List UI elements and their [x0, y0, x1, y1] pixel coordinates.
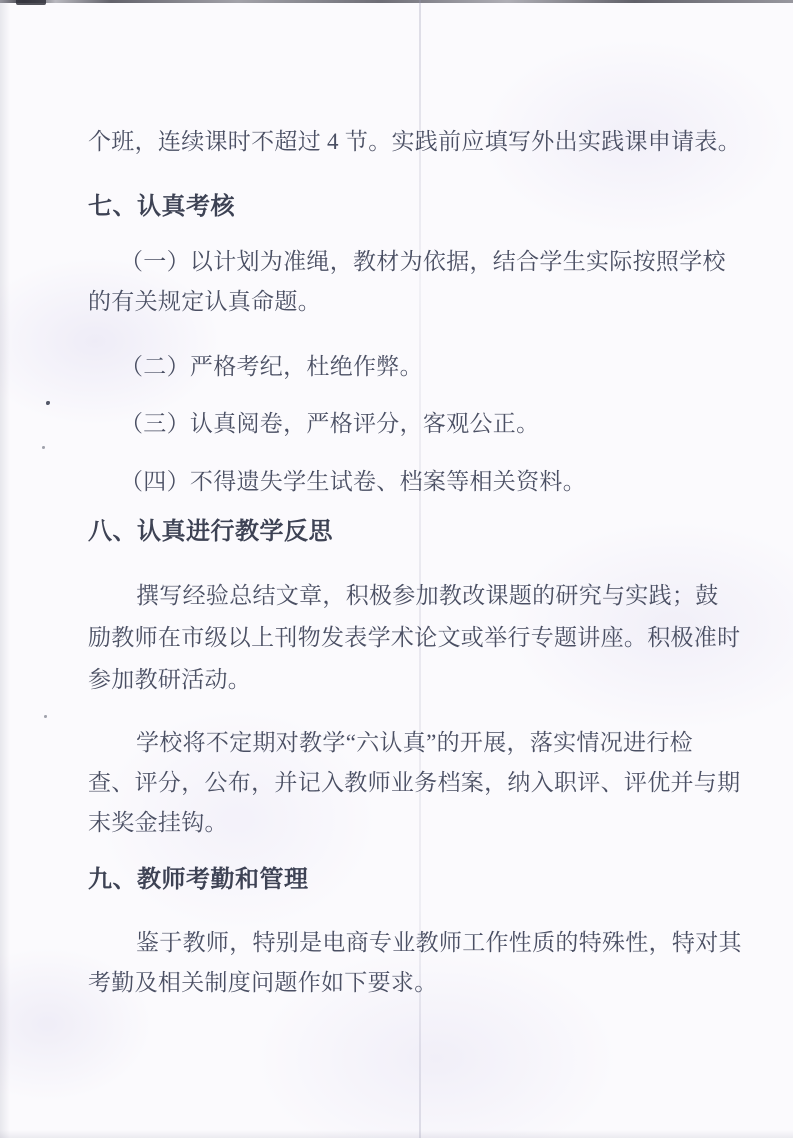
heading-section-8: 八、认真进行教学反思: [88, 518, 734, 545]
para-attendance-line-1: 鉴于教师，特别是电商专业教师工作性质的特殊性，特对其: [88, 929, 782, 956]
scan-top-edge-artifact: [0, 0, 793, 3]
item-7-2-line: （二）严格考纪，杜绝作弊。: [88, 353, 766, 380]
para-reflection-line-3: 参加教研活动。: [88, 666, 734, 693]
item-7-3-line: （三）认真阅卷，严格评分，客观公正。: [88, 410, 766, 437]
heading-section-9: 九、教师考勤和管理: [88, 866, 734, 893]
scan-bottom-shadow: [0, 1130, 793, 1138]
para-reflection-line-1: 撰写经验总结文章，积极参加教改课题的研究与实践；鼓: [88, 582, 782, 609]
ink-speck: [46, 401, 50, 405]
para-inspection-line-3: 末奖金挂钩。: [88, 809, 734, 836]
item-7-1-line-1: （一）以计划为准绳，教材为依据，结合学生实际按照学校: [88, 248, 766, 275]
item-7-4-line: （四）不得遗失学生试卷、档案等相关资料。: [88, 468, 766, 495]
ink-speck: [44, 715, 47, 718]
page-crease-line: [419, 0, 421, 1138]
para-inspection-line-1: 学校将不定期对教学“六认真”的开展，落实情况进行检: [88, 729, 782, 756]
scan-top-edge-dark-segment: [16, 0, 46, 5]
ink-speck: [42, 446, 45, 449]
continuation-line: 个班，连续课时不超过 4 节。实践前应填写外出实践课申请表。: [88, 128, 734, 155]
heading-section-7: 七、认真考核: [88, 193, 734, 220]
scanned-document-page: 个班，连续课时不超过 4 节。实践前应填写外出实践课申请表。 七、认真考核 （一…: [0, 0, 793, 1138]
para-attendance-line-2: 考勤及相关制度问题作如下要求。: [88, 969, 734, 996]
para-reflection-line-2: 励教师在市级以上刊物发表学术论文或举行专题讲座。积极准时: [88, 624, 734, 651]
para-inspection-line-2: 查、评分，公布，并记入教师业务档案，纳入职评、评优并与期: [88, 769, 734, 796]
scan-left-shadow: [0, 0, 10, 1138]
item-7-1-line-2: 的有关规定认真命题。: [88, 288, 734, 315]
